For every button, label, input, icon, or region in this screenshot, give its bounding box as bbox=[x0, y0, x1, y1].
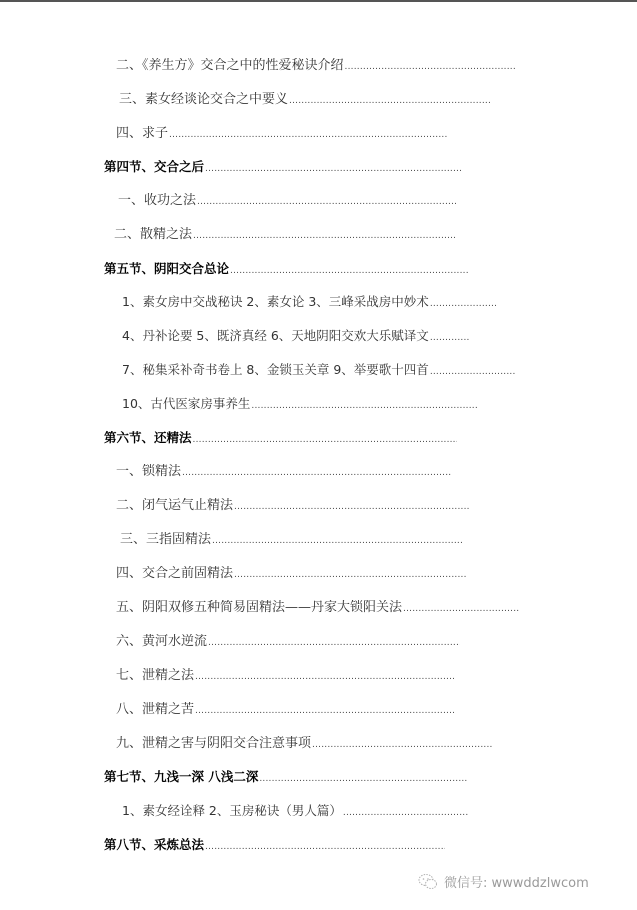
dot-leader: ........................................… bbox=[343, 805, 468, 821]
dot-leader: ........................................… bbox=[195, 703, 455, 719]
page-top-border bbox=[0, 0, 637, 2]
toc-entry-title: 第四节、交合之后 bbox=[104, 159, 204, 175]
dot-leader: ........................................… bbox=[403, 601, 520, 617]
dot-leader: ........................................… bbox=[430, 364, 516, 380]
toc-section-heading: 第七节、九浅一深 八浅二深...........................… bbox=[104, 769, 468, 787]
toc-entry: 二、《养生方》交合之中的性爱秘诀介绍......................… bbox=[116, 58, 515, 75]
toc-entry-title: 三、素女经谈论交合之中要义 bbox=[119, 92, 288, 108]
toc-entry-title: 第八节、采炼总法 bbox=[104, 837, 204, 853]
toc-entry: 一、锁精法...................................… bbox=[116, 464, 452, 481]
toc-entry-title: 三、三指固精法 bbox=[120, 532, 211, 548]
toc-entry: 七、泄精之法..................................… bbox=[116, 668, 455, 685]
dot-leader: ........................................… bbox=[193, 228, 455, 244]
toc-entry: 二、闭气运气止精法...............................… bbox=[116, 498, 470, 515]
toc-entry-title: 四、求子 bbox=[116, 126, 168, 142]
toc-entry-title: 二、《养生方》交合之中的性爱秘诀介绍 bbox=[116, 58, 344, 74]
toc-entry-title: 六、黄河水逆流 bbox=[116, 634, 207, 650]
toc-entry: 一、收功之法..................................… bbox=[118, 193, 458, 210]
dot-leader: ........................................… bbox=[289, 93, 490, 109]
toc-entry-title: 七、泄精之法 bbox=[116, 668, 194, 684]
dot-leader: ........................................… bbox=[208, 635, 460, 651]
toc-entry: 三、素女经谈论交合之中要义...........................… bbox=[119, 92, 490, 109]
dot-leader: ........................................… bbox=[205, 161, 461, 177]
toc-entry: 4、丹补论要 5、既济真经 6、天地阴阳交欢大乐赋译文.............… bbox=[122, 328, 470, 346]
dot-leader: ........................................… bbox=[197, 194, 458, 210]
toc-entry: 六、黄河水逆流.................................… bbox=[116, 634, 460, 651]
dot-leader: ........................................… bbox=[312, 737, 493, 753]
watermark: 微信号: wwwddzlwcom bbox=[418, 872, 589, 891]
toc-section-heading: 第四节、交合之后................................… bbox=[104, 159, 461, 177]
dot-leader: ........................................… bbox=[234, 499, 470, 515]
toc-entry: 八、泄精之苦..................................… bbox=[116, 702, 455, 719]
toc-entry-title: 1、素女经诠释 2、玉房秘诀（男人篇） bbox=[122, 803, 342, 819]
toc-entry-title: 第七节、九浅一深 八浅二深 bbox=[104, 769, 258, 785]
dot-leader: ........................................… bbox=[430, 296, 497, 312]
dot-leader: ........................................… bbox=[345, 59, 515, 75]
dot-leader: ........................................… bbox=[212, 533, 463, 549]
toc-entry-title: 二、闭气运气止精法 bbox=[116, 498, 233, 514]
toc-section-heading: 第五节、阴阳交合总论..............................… bbox=[104, 261, 468, 279]
toc-entry-title: 1、素女房中交战秘诀 2、素女论 3、三峰采战房中妙术 bbox=[122, 294, 429, 310]
toc-entry: 1、素女经诠释 2、玉房秘诀（男人篇）.....................… bbox=[122, 803, 468, 821]
toc-entry: 10、古代医家房事养生.............................… bbox=[122, 396, 478, 414]
toc-entry: 九、泄精之害与阴阳交合注意事项.........................… bbox=[116, 736, 493, 753]
watermark-text: 微信号: wwwddzlwcom bbox=[444, 872, 589, 891]
dot-leader: ........................................… bbox=[259, 771, 468, 787]
toc-entry-title: 八、泄精之苦 bbox=[116, 702, 194, 718]
toc-entry: 1、素女房中交战秘诀 2、素女论 3、三峰采战房中妙术.............… bbox=[122, 294, 497, 312]
toc-entry-title: 一、锁精法 bbox=[116, 464, 181, 480]
dot-leader: ........................................… bbox=[234, 567, 467, 583]
toc-entry-title: 第五节、阴阳交合总论 bbox=[104, 261, 229, 277]
toc-entry-title: 四、交合之前固精法 bbox=[116, 566, 233, 582]
toc-entry-title: 九、泄精之害与阴阳交合注意事项 bbox=[116, 736, 311, 752]
dot-leader: ........................................… bbox=[230, 263, 468, 279]
toc-section-heading: 第六节、还精法.................................… bbox=[104, 430, 457, 448]
toc-section-heading: 第八节、采炼总法................................… bbox=[104, 837, 445, 855]
toc-entry-title: 一、收功之法 bbox=[118, 193, 196, 209]
wechat-icon bbox=[418, 873, 438, 891]
toc-entry-title: 第六节、还精法 bbox=[104, 430, 192, 446]
toc-entry: 四、求子....................................… bbox=[116, 126, 447, 143]
dot-leader: ........................................… bbox=[195, 669, 455, 685]
dot-leader: ........................................… bbox=[169, 127, 447, 143]
toc-entry-title: 10、古代医家房事养生 bbox=[122, 396, 250, 412]
dot-leader: ........................................… bbox=[251, 398, 478, 414]
toc-entry-title: 7、秘集采补奇书卷上 8、金锁玉关章 9、举要歌十四首 bbox=[122, 362, 429, 378]
toc-entry-title: 二、散精之法 bbox=[114, 227, 192, 243]
dot-leader: ........................................… bbox=[193, 432, 457, 448]
dot-leader: ........................................… bbox=[205, 839, 445, 855]
toc-entry-title: 五、阴阳双修五种简易固精法——丹家大锁阳关法 bbox=[116, 600, 402, 616]
toc-entry: 三、三指固精法.................................… bbox=[120, 532, 463, 549]
toc-entry: 四、交合之前固精法...............................… bbox=[116, 566, 467, 583]
toc-entry: 二、散精之法..................................… bbox=[114, 227, 455, 244]
toc-entry: 7、秘集采补奇书卷上 8、金锁玉关章 9、举要歌十四首.............… bbox=[122, 362, 516, 380]
toc-entry: 五、阴阳双修五种简易固精法——丹家大锁阳关法..................… bbox=[116, 600, 520, 617]
dot-leader: ........................................… bbox=[182, 465, 452, 481]
dot-leader: ........................................… bbox=[430, 330, 470, 346]
toc-entry-title: 4、丹补论要 5、既济真经 6、天地阴阳交欢大乐赋译文 bbox=[122, 328, 429, 344]
